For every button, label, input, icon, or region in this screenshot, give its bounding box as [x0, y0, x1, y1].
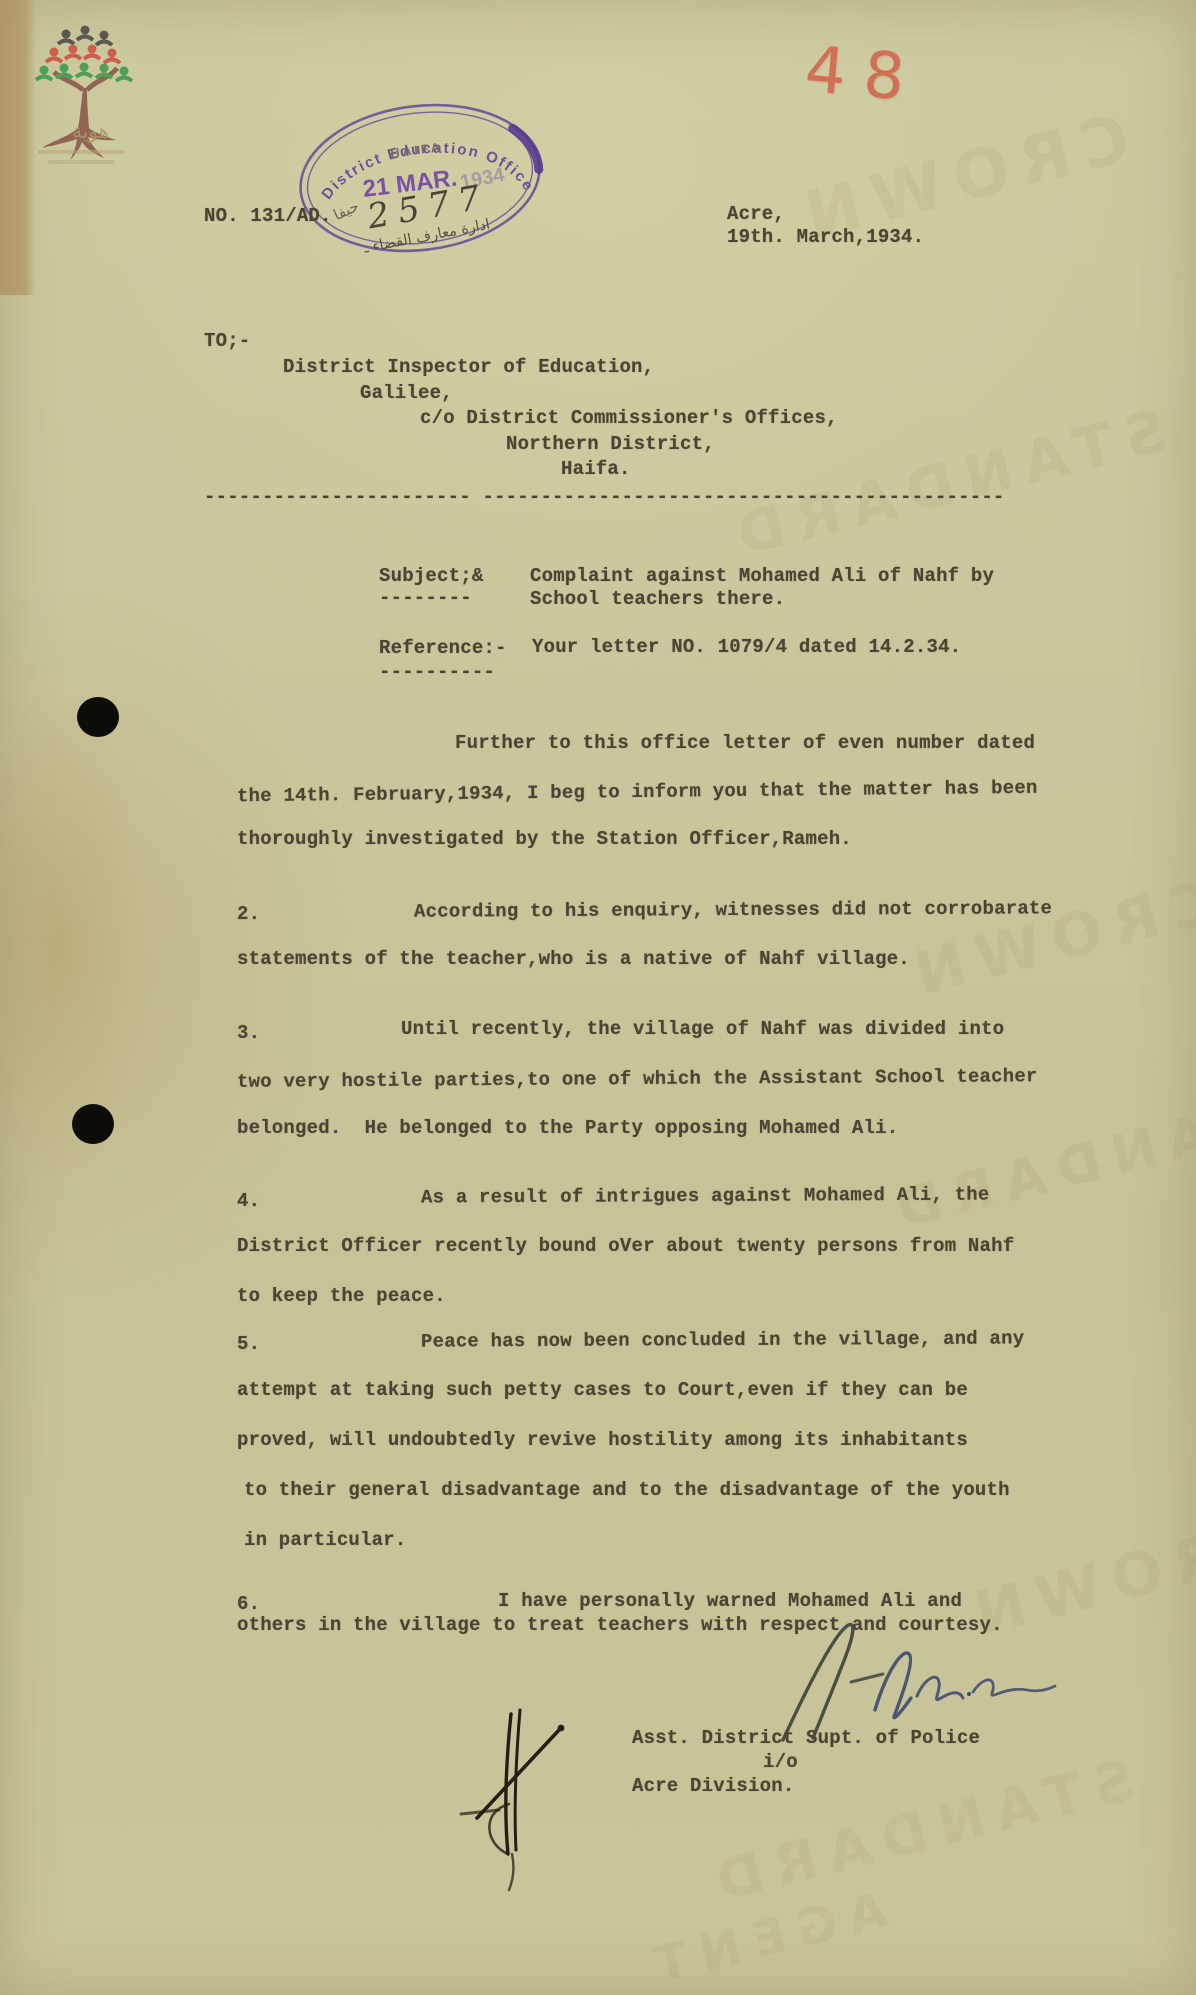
paragraph-number: 3. [237, 1022, 260, 1044]
date-line: 19th. March,1934. [727, 226, 924, 248]
people-row-red [46, 45, 120, 64]
bleed-through-text: STANDARD [879, 1079, 1196, 1244]
signatory-division: Acre Division. [632, 1775, 794, 1797]
paragraph-number: 6. [237, 1593, 260, 1615]
body-line: According to his enquiry, witnesses did … [414, 897, 1052, 922]
body-line: two very hostile parties,to one of which… [237, 1065, 1038, 1093]
logo-tagline-blur [48, 160, 114, 164]
folio-number-handwritten: 48 [802, 33, 925, 117]
hole-punch [72, 1104, 114, 1144]
signatory-io: i/o [763, 1751, 798, 1773]
signatory-title: Asst. District Supt. of Police [632, 1727, 980, 1749]
logo-tagline-blur [38, 150, 124, 154]
body-line: As a result of intrigues against Mohamed… [421, 1184, 990, 1209]
body-line: statements of the teacher,who is a nativ… [237, 948, 910, 970]
body-line: I have personally warned Mohamed Ali and [498, 1590, 962, 1612]
reference-label: Reference:- [379, 637, 507, 659]
district-education-office-stamp: District Education Office HAIFA 21 MAR. … [283, 83, 557, 273]
recipient-line: c/o District Commissioner's Offices, [420, 407, 838, 429]
bleed-through-text: STANDARD [699, 1748, 1141, 1917]
bleed-through-text: CROWN [896, 868, 1196, 1013]
place-line: Acre, [727, 203, 785, 225]
body-line: attempt at taking such petty cases to Co… [237, 1379, 968, 1401]
to-label: TO;- [204, 330, 250, 352]
hole-punch [77, 697, 119, 737]
paragraph-number: 2. [237, 903, 260, 925]
typed-separator: ----------------------- ----------------… [204, 486, 1005, 508]
recipient-line: Haifa. [561, 458, 631, 480]
recipient-line: District Inspector of Education, [283, 356, 654, 378]
body-line: in particular. [244, 1529, 406, 1551]
paragraph-number: 4. [237, 1190, 260, 1212]
people-row-green [36, 63, 132, 82]
recipient-line: Northern District, [506, 433, 715, 455]
reference-number: NO. 131/AD. [204, 205, 332, 227]
body-line: Peace has now been concluded in the vill… [421, 1327, 1024, 1352]
body-line: proved, will undoubtedly revive hostilit… [237, 1429, 968, 1451]
identity-tree-logo: هوية [20, 10, 150, 180]
subject-text-line: Complaint against Mohamed Ali of Nahf by [530, 565, 994, 587]
ink-check-mark [455, 1692, 585, 1902]
body-line: Further to this office letter of even nu… [455, 732, 1035, 754]
body-line: to keep the peace. [237, 1285, 446, 1307]
reference-underline: ---------- [379, 661, 495, 683]
subject-underline: -------- [379, 587, 472, 609]
paragraph-number: 5. [237, 1333, 260, 1355]
scanned-letter-page: CROWN STANDARD CROWN STANDARD CROWN STAN… [0, 0, 1196, 1995]
body-line: District Officer recently bound oVer abo… [237, 1235, 1014, 1257]
reference-text: Your letter NO. 1079/4 dated 14.2.34. [532, 636, 961, 658]
body-line: Until recently, the village of Nahf was … [401, 1018, 1004, 1040]
body-line: belonged. He belonged to the Party oppos… [237, 1117, 898, 1139]
body-line: the 14th. February,1934, I beg to inform… [237, 777, 1038, 807]
logo-arabic-title: هوية [72, 119, 109, 143]
body-line: to their general disadvantage and to the… [244, 1479, 1010, 1501]
people-row-dark [58, 26, 112, 46]
recipient-line: Galilee, [360, 382, 453, 404]
subject-label: Subject;& [379, 565, 483, 587]
body-line: thoroughly investigated by the Station O… [237, 828, 852, 850]
stamp-arabic-note: حيفا [331, 197, 362, 224]
subject-text-line: School teachers there. [530, 588, 785, 610]
